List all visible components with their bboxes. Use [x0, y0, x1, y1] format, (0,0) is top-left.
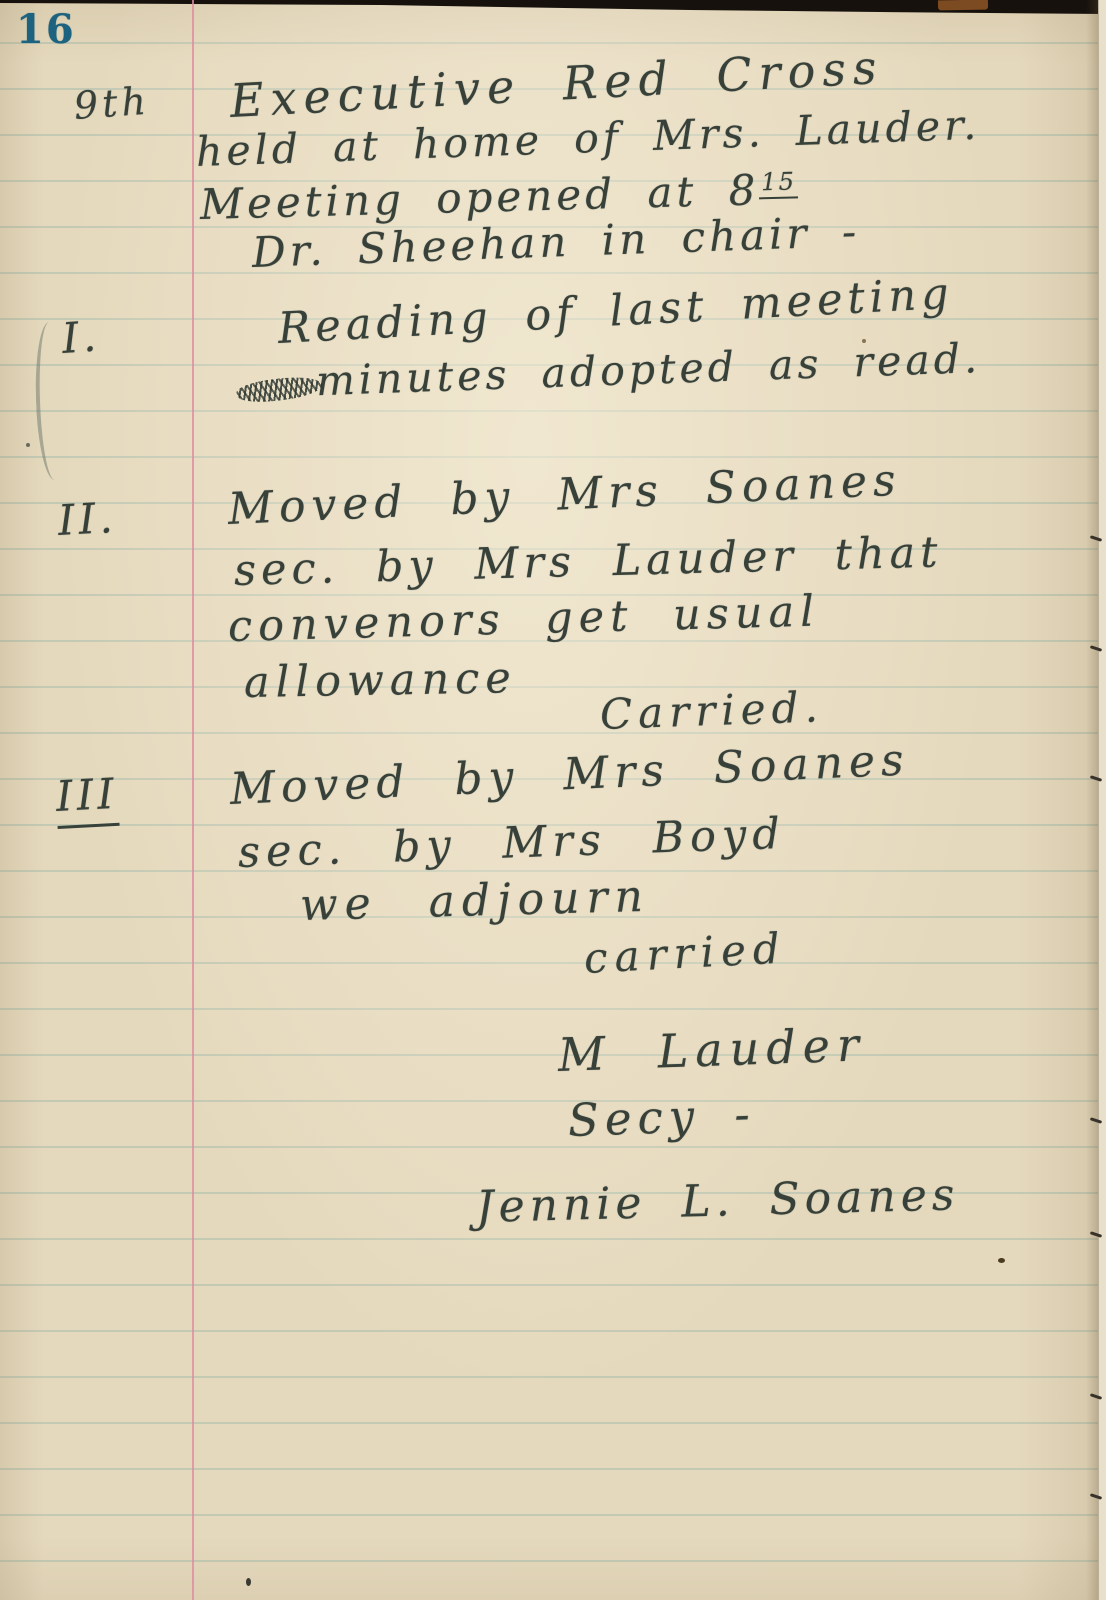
- right-edge-shadow: [1086, 0, 1098, 1600]
- item-line: Moved by Mrs Soanes: [229, 734, 911, 815]
- next-page-edge: [1098, 0, 1106, 1600]
- item-line: Carried.: [599, 682, 824, 739]
- item-label: III: [55, 769, 119, 821]
- item-label-text: III: [55, 769, 120, 829]
- item-line: carried: [583, 923, 788, 983]
- paper-speck: [998, 1258, 1005, 1263]
- margin-rule-line: [192, 0, 194, 1600]
- item-label: II.: [57, 493, 118, 545]
- item-line: allowance: [244, 653, 518, 708]
- date-note: 9th: [72, 79, 151, 128]
- item-label: I.: [60, 311, 101, 363]
- signature-line: Jennie L. Soanes: [475, 1169, 960, 1233]
- item-line: sec. by Mrs Boyd: [237, 809, 786, 878]
- item-line: convenors get usual: [227, 587, 820, 652]
- paper-speck: [246, 1578, 251, 1586]
- signature-line: M Lauder: [557, 1017, 867, 1082]
- item-line: Moved by Mrs Soanes: [227, 455, 903, 535]
- item-line: sec. by Mrs Lauder that: [233, 527, 943, 596]
- paper-speck: [26, 443, 30, 447]
- ledger-page: 16 9th Executive Red Cross held at home …: [0, 0, 1106, 1600]
- ink-scribble-correction: [235, 373, 323, 405]
- item-line: we adjourn: [299, 871, 650, 931]
- meeting-time-superscript: 15: [759, 166, 799, 199]
- signature-line: Secy -: [567, 1087, 756, 1147]
- page-number: 16: [16, 6, 76, 53]
- binding-wear-mark: [938, 0, 988, 10]
